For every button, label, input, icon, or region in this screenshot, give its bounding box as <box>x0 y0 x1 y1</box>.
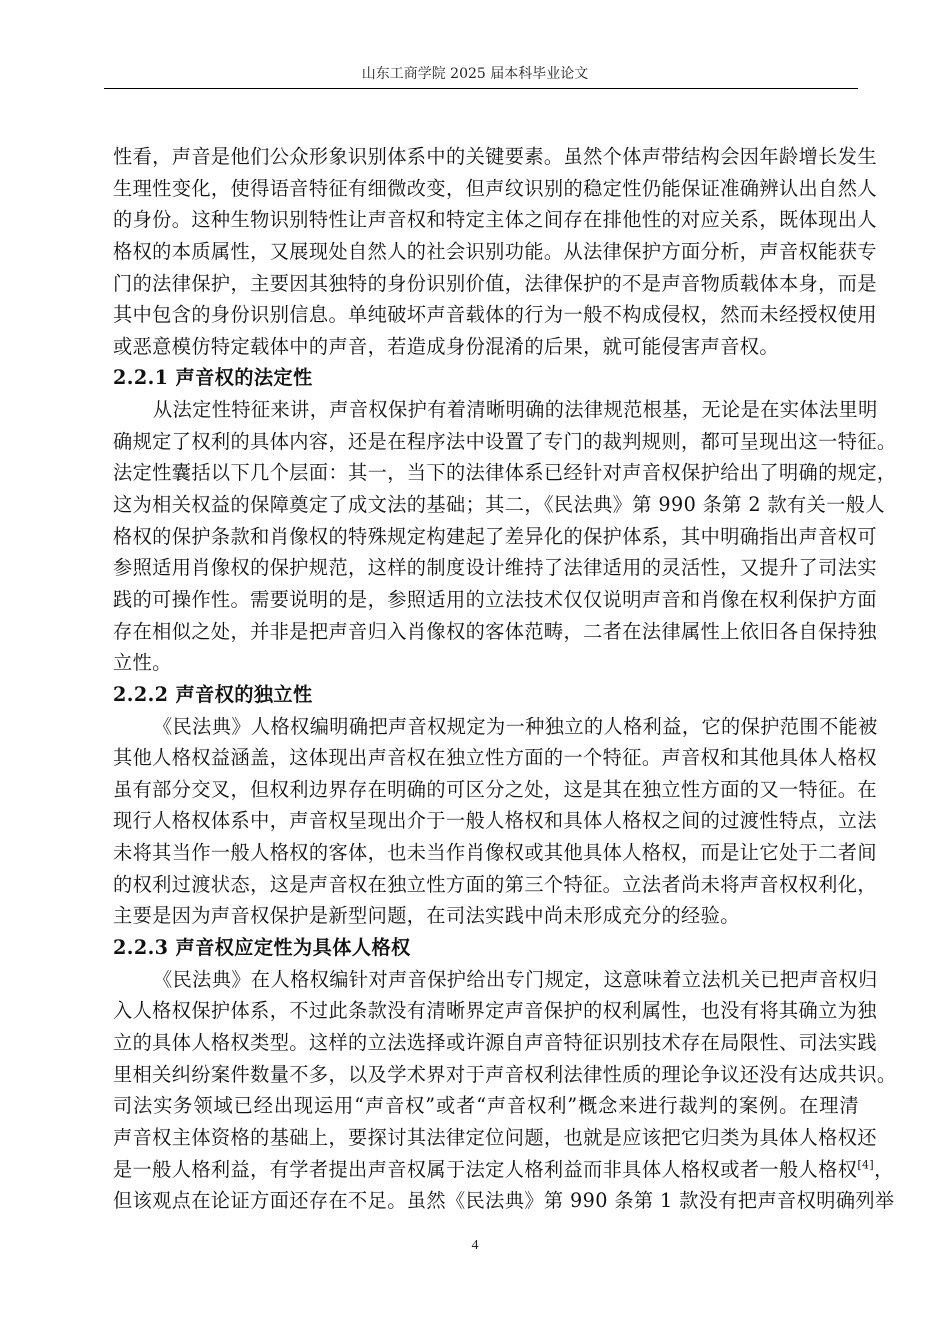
text-line-with-citation: 是一般人格利益，有学者提出声音权属于法定人格利益而非具体人格权或者一般人格权[4… <box>113 1154 859 1186</box>
text-line: 门的法律保护，主要因其独特的身份识别价值，法律保护的不是声音物质载体本身，而是 <box>113 268 859 300</box>
text-line: 参照适用肖像权的保护规范，这样的制度设计维持了法律适用的灵活性，又提升了司法实 <box>113 552 859 584</box>
text-line: 虽有部分交叉，但权利边界存在明确的可区分之处，这是其在独立性方面的又一特征。在 <box>113 774 859 806</box>
text-segment: 是一般人格利益，有学者提出声音权属于法定人格利益而非具体人格权或者一般人格权 <box>113 1158 857 1181</box>
punctuation: ， <box>874 1158 894 1181</box>
text-line: 司法实务领域已经出现运用“声音权”或者“声音权利”概念来进行裁判的案例。在理清 <box>113 1090 859 1122</box>
header-divider <box>104 88 858 89</box>
text-line: 其中包含的身份识别信息。单纯破坏声音载体的行为一般不构成侵权，然而未经授权使用 <box>113 299 859 331</box>
text-line: 生理性变化，使得语音特征有细微改变，但声纹识别的稳定性仍能保证准确辨认出自然人 <box>113 173 859 205</box>
text-line: 或恶意模仿特定载体中的声音，若造成身份混淆的后果，就可能侵害声音权。 <box>113 331 859 363</box>
text-line: 其他人格权益涵盖，这体现出声音权在独立性方面的一个特征。声音权和其他具体人格权 <box>113 742 859 774</box>
text-line: 这为相关权益的保障奠定了成文法的基础；其二，《民法典》第 990 条第 2 款有… <box>113 489 859 521</box>
text-line: 的身份。这种生物识别特性让声音权和特定主体之间存在排他性的对应关系，既体现出人 <box>113 204 859 236</box>
text-line: 声音权主体资格的基础上，要探讨其法律定位问题，也就是应该把它归类为具体人格权还 <box>113 1122 859 1154</box>
section-heading-2-2-1: 2.2.1 声音权的法定性 <box>113 362 859 394</box>
text-line: 的权利过渡状态，这是声音权在独立性方面的第三个特征。立法者尚未将声音权权利化， <box>113 869 859 901</box>
text-line: 践的可操作性。需要说明的是，参照适用的立法技术仅仅说明声音和肖像在权利保护方面 <box>113 584 859 616</box>
text-line: 里相关纠纷案件数量不多，以及学术界对于声音权利法律性质的理论争议还没有达成共识。 <box>113 1059 859 1091</box>
section-heading-2-2-2: 2.2.2 声音权的独立性 <box>113 679 859 711</box>
body-text: 性看，声音是他们公众形象识别体系中的关键要素。虽然个体声带结构会因年龄增长发生 … <box>113 141 859 1217</box>
section-heading-2-2-3: 2.2.3 声音权应定性为具体人格权 <box>113 932 859 964</box>
citation-reference[interactable]: [4] <box>857 1158 874 1171</box>
running-header: 山东工商学院 2025 届本科毕业论文 <box>90 64 860 84</box>
page-number: 4 <box>0 1238 950 1254</box>
text-line: 立的具体人格权类型。这样的立法选择或许源自声音特征识别技术存在局限性、司法实践 <box>113 1027 859 1059</box>
text-line: 格权的保护条款和肖像权的特殊规定构建起了差异化的保护体系，其中明确指出声音权可 <box>113 521 859 553</box>
document-page: 山东工商学院 2025 届本科毕业论文 性看，声音是他们公众形象识别体系中的关键… <box>0 0 950 1344</box>
text-line: 入人格权保护体系，不过此条款没有清晰界定声音保护的权利属性，也没有将其确立为独 <box>113 995 859 1027</box>
text-line: 未将其当作一般人格权的客体，也未当作肖像权或其他具体人格权，而是让它处于二者间 <box>113 837 859 869</box>
text-line: 法定性囊括以下几个层面：其一，当下的法律体系已经针对声音权保护给出了明确的规定， <box>113 457 859 489</box>
text-line: 但该观点在论证方面还存在不足。虽然《民法典》第 990 条第 1 款没有把声音权… <box>113 1185 859 1217</box>
text-line: 格权的本质属性，又展现处自然人的社会识别功能。从法律保护方面分析，声音权能获专 <box>113 236 859 268</box>
text-line: 现行人格权体系中，声音权呈现出介于一般人格权和具体人格权之间的过渡性特点，立法 <box>113 805 859 837</box>
text-line: 立性。 <box>113 647 859 679</box>
text-line: 《民法典》在人格权编针对声音保护给出专门规定，这意味着立法机关已把声音权归 <box>113 964 859 996</box>
text-line: 从法定性特征来讲，声音权保护有着清晰明确的法律规范根基，无论是在实体法里明 <box>113 394 859 426</box>
text-line: 主要是因为声音权保护是新型问题，在司法实践中尚未形成充分的经验。 <box>113 900 859 932</box>
text-line: 存在相似之处，并非是把声音归入肖像权的客体范畴，二者在法律属性上依旧各自保持独 <box>113 616 859 648</box>
text-line: 性看，声音是他们公众形象识别体系中的关键要素。虽然个体声带结构会因年龄增长发生 <box>113 141 859 173</box>
text-line: 《民法典》人格权编明确把声音权规定为一种独立的人格利益，它的保护范围不能被 <box>113 711 859 743</box>
text-line: 确规定了权利的具体内容，还是在程序法中设置了专门的裁判规则，都可呈现出这一特征。 <box>113 426 859 458</box>
